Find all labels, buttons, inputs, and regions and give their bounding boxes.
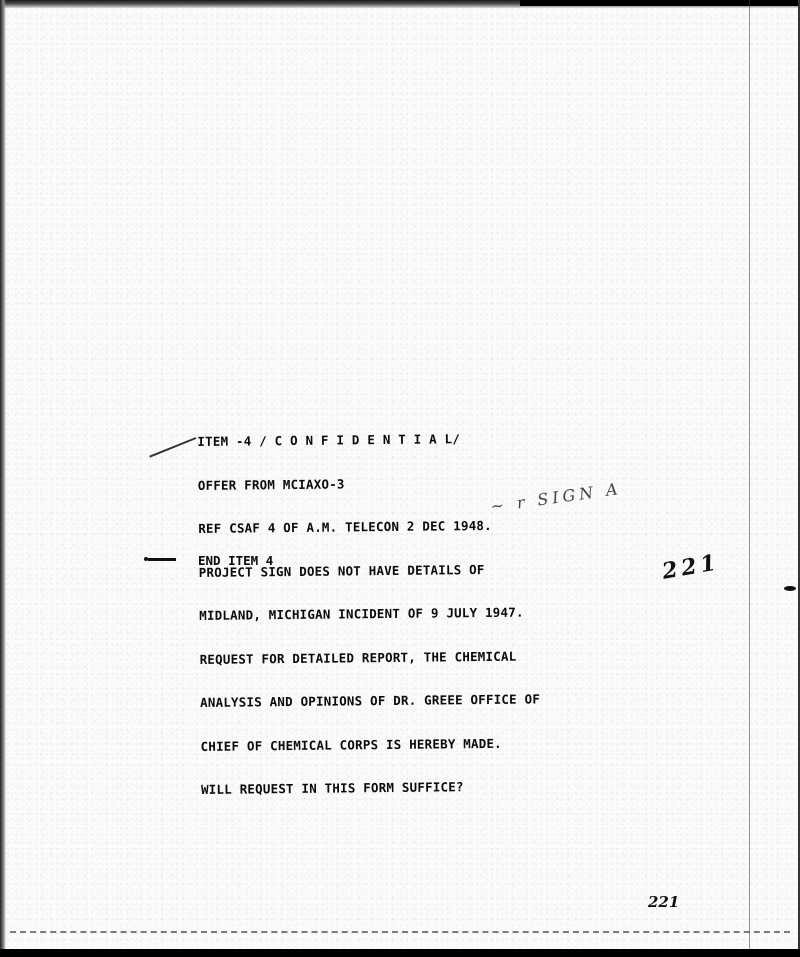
scan-left-edge: [0, 0, 6, 957]
message-line-header: ITEM -4 / C O N F I D E N T I A L/: [197, 431, 537, 449]
message-line-ref: REF CSAF 4 OF A.M. TELECON 2 DEC 1948.: [198, 518, 538, 536]
page-number: 221: [648, 893, 679, 911]
bottom-dashed-rule: [10, 931, 790, 933]
margin-pen-stroke: [149, 437, 196, 458]
message-line: CHIEF OF CHEMICAL CORPS IS HEREBY MADE.: [200, 736, 540, 754]
message-line: MIDLAND, MICHIGAN INCIDENT OF 9 JULY 194…: [199, 605, 539, 623]
scan-top-edge-dark: [520, 0, 800, 6]
end-item-line: END ITEM 4: [198, 553, 273, 568]
message-line: WILL REQUEST IN THIS FORM SUFFICE?: [201, 779, 541, 797]
ink-mark: [784, 586, 796, 591]
handwritten-number: 221: [660, 549, 722, 585]
end-marker-dash: [148, 558, 176, 561]
scan-bottom-edge: [0, 949, 800, 957]
message-line: REQUEST FOR DETAILED REPORT, THE CHEMICA…: [200, 649, 540, 667]
message-line-from: OFFER FROM MCIAXO-3: [198, 475, 538, 493]
teletype-message-body: ITEM -4 / C O N F I D E N T I A L/ OFFER…: [197, 402, 541, 826]
page-fold-line: [749, 0, 750, 957]
message-line: ANALYSIS AND OPINIONS OF DR. GREEE OFFIC…: [200, 692, 540, 710]
scanned-document-page: ITEM -4 / C O N F I D E N T I A L/ OFFER…: [0, 0, 800, 957]
